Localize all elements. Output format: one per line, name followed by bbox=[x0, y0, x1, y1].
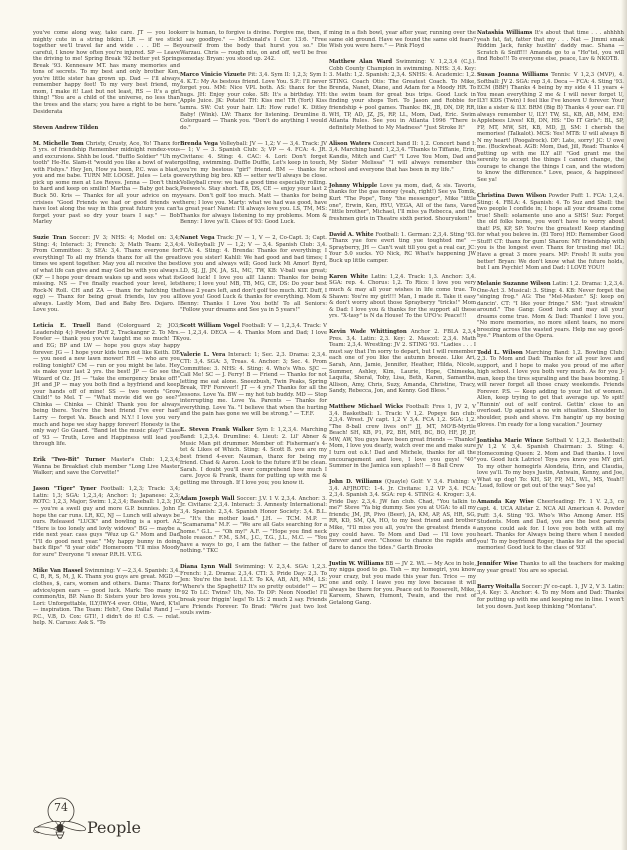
senior-message: (Quayle) Golf: V 3,4. Fishing: V 3,4. AF… bbox=[329, 479, 476, 550]
senior-message: Football: 1,2,3; Track: 3,4; Latin: 1,3;… bbox=[33, 486, 180, 557]
senior-entry: Natashia Williams It's about that time .… bbox=[477, 30, 624, 63]
senior-name: Diana Lynn Wall bbox=[180, 564, 232, 570]
senior-message: ming in a fish bowl, year after year, ru… bbox=[329, 30, 476, 49]
senior-message: Soccer: J.V. 1 V. 2,3,4. Anchor: 3. Jr. … bbox=[180, 496, 327, 554]
senior-message: Track: JV — 1, V — 2, Co-Capt. 3; Capt. … bbox=[180, 235, 327, 313]
senior-message: Interact: 1; Sec. 2,3. Drama: 2,3,4. CTI… bbox=[180, 352, 327, 417]
senior-name: Todd L. Wilson bbox=[477, 350, 523, 356]
senior-name: Jennifer Wise bbox=[477, 561, 518, 567]
text-column-3: ming in a fish bowl, year after year, ru… bbox=[329, 30, 476, 616]
senior-name: Natashia Williams bbox=[477, 30, 532, 36]
senior-message: you've come along way, take care. JT — y… bbox=[33, 30, 180, 115]
senior-entry: Melanie Suzanne Wilson Latin: 1,2. Drama… bbox=[477, 281, 624, 340]
senior-name: Valerie L. Vera bbox=[180, 352, 225, 358]
senior-entry: Jennifer Wise Thanks to all the teachers… bbox=[477, 561, 624, 574]
senior-entry: ming in a fish bowl, year after year, ru… bbox=[329, 30, 476, 50]
page-edge-shadow bbox=[621, 0, 627, 850]
senior-message: Band (Colorguard 2; JO3; Leadership 4;) … bbox=[33, 323, 180, 447]
senior-name: Leticia E. Truell bbox=[33, 323, 90, 329]
senior-entry: Scott William Vogel Football: V — 1,2,3,… bbox=[180, 323, 327, 343]
senior-name: Jason "Tiger" Tyner bbox=[33, 486, 96, 492]
senior-entry: Valerie L. Vera Interact: 1; Sec. 2,3. D… bbox=[180, 352, 327, 417]
senior-name: Adam Joseph Wall bbox=[180, 496, 235, 502]
senior-entry: Suzie Tran Soccer: JV 3; NHS: 4; Model o… bbox=[33, 235, 180, 314]
senior-entry: Nanet Vega Track: JV — 1, V — 2, Co-Capt… bbox=[180, 235, 327, 314]
senior-entry: Todd L. Wilson Marching Band: 1,2. Bowli… bbox=[477, 350, 624, 429]
senior-entry: you've come along way, take care. JT — y… bbox=[33, 30, 180, 115]
senior-message: Swimming: V —2,3,4. Spanish: 3,4. C, B, … bbox=[33, 568, 180, 626]
senior-message: err is human, to forgive is divine. Forg… bbox=[180, 30, 327, 62]
senior-name: Marco Vinicio Vizuete bbox=[180, 72, 246, 78]
senior-message: Pit: 3,4. Sym II: 1,2,3; Sym I: 4. K.T.:… bbox=[180, 72, 327, 130]
senior-entry: Karen White Latin: 1,2,4. Track: 1,3. An… bbox=[329, 274, 476, 320]
senior-name: Erik "Two-Bit" Turner bbox=[33, 457, 105, 463]
senior-entry: Jontisha Marie Wince Softball V. 1,2,3. … bbox=[477, 438, 624, 490]
senior-entry: Justin W. Williams BB — JV 2. WL — My Ac… bbox=[329, 561, 476, 607]
senior-entry: Susan Joanna Williams Tennis: V 1,2,3 (M… bbox=[477, 72, 624, 183]
senior-name: Melanie Suzanne Wilson bbox=[477, 281, 551, 287]
senior-name: John D. Williams bbox=[329, 479, 382, 485]
senior-name: Kevin Wade Whittington bbox=[329, 329, 407, 335]
senior-name: Alison Waters bbox=[329, 141, 371, 147]
senior-entry: Christina Dawn Wilson Powder Puff: 1. FC… bbox=[477, 193, 624, 272]
senior-message: Football: Fres 1, JV 2, V 3,4. Basketbal… bbox=[329, 404, 476, 469]
senior-entry: David A. White Football: 1. German: 2,3,… bbox=[329, 232, 476, 265]
senior-message: Cheerleading: Fr. 1 V. 2,3, co capt. 4. … bbox=[477, 499, 624, 551]
page-footer: 74 People bbox=[25, 797, 225, 847]
senior-message: Volleyball: JV — 1,2; V — 3,4. Track: JV… bbox=[180, 141, 327, 226]
senior-message: Powder Puff: 1. FCA: 1,2,4. Sting: 4. FB… bbox=[477, 193, 624, 271]
senior-name: Susan Joanna Williams bbox=[477, 72, 548, 78]
senior-name: Jontisha Marie Wince bbox=[477, 438, 543, 444]
senior-message: Tennis: V 1,2,3 (MVP), 4. Softball: JV 2… bbox=[477, 72, 624, 183]
senior-entry: Adam Joseph Wall Soccer: J.V. 1 V. 2,3,4… bbox=[180, 496, 327, 555]
senior-entry: Marco Vinicio Vizuete Pit: 3,4. Sym II: … bbox=[180, 72, 327, 131]
senior-message: Swimming: V. 2,3,4. SGA: 1,2,3. French: … bbox=[180, 564, 327, 616]
senior-message: Christy, Crusty, Ace, Yo! Thanx for 5 yr… bbox=[33, 141, 180, 226]
senior-name: Barry Woitalla bbox=[477, 584, 520, 590]
senior-message: Latin: 1,2. Drama: 1,2,3,4. One-Act 3. M… bbox=[477, 281, 624, 339]
senior-message: Softball V. 1,2,3. Basketball: JV 1,2 V.… bbox=[477, 438, 624, 490]
senior-entry: Mike Van Hassel Swimming: V —2,3,4. Span… bbox=[33, 568, 180, 627]
senior-name: Karen White bbox=[329, 274, 368, 280]
senior-entry: Steven Andrew Tilden bbox=[33, 125, 180, 132]
senior-name: M. Michelle Tom bbox=[33, 141, 84, 147]
senior-name: Matthew Michael Wicks bbox=[329, 404, 403, 410]
senior-name: Nanet Vega bbox=[180, 235, 215, 241]
text-column-4: Natashia Williams It's about that time .… bbox=[477, 30, 624, 620]
page-number: 74 bbox=[46, 801, 76, 814]
senior-entry: Barry Woitalla Soccer: JV co-capt. 1, JV… bbox=[477, 584, 624, 610]
senior-name: Christina Dawn Wilson bbox=[477, 193, 546, 199]
section-title: People bbox=[87, 818, 141, 837]
senior-entry: Diana Lynn Wall Swimming: V. 2,3,4. SGA:… bbox=[180, 564, 327, 616]
senior-entry: E. Steven Frank Walker Sym I: 1,2,3,4. M… bbox=[180, 427, 327, 486]
senior-entry: Erik "Two-Bit" Turner Master's Club: 1,2… bbox=[33, 457, 180, 477]
senior-entry: Amanda Kay Wise Cheerleading: Fr. 1 V. 2… bbox=[477, 499, 624, 551]
senior-entry: err is human, to forgive is divine. Forg… bbox=[180, 30, 327, 63]
senior-name: Brenda Vega bbox=[180, 141, 218, 147]
senior-message: Anchor 2. FBLA 2,3,4 Pres. 3,4. Latin: 2… bbox=[329, 329, 476, 394]
text-column-2: err is human, to forgive is divine. Forg… bbox=[180, 30, 327, 626]
senior-message: Latin: 1,2,4. Track: 1,3. Anchor: 3,4. S… bbox=[329, 274, 476, 319]
senior-entry: Matthew Alan Ward Swimming: V. 1,2,3,4 (… bbox=[329, 59, 476, 131]
senior-name: Mike Van Hassel bbox=[33, 568, 83, 574]
senior-name: Suzie Tran bbox=[33, 235, 66, 241]
senior-entry: Jason "Tiger" Tyner Football: 1,2,3; Tra… bbox=[33, 486, 180, 558]
yearbook-page: you've come along way, take care. JT — y… bbox=[0, 0, 627, 850]
senior-entry: Brenda Vega Volleyball: JV — 1,2; V — 3,… bbox=[180, 141, 327, 226]
senior-entry: Kevin Wade Whittington Anchor 2. FBLA 2,… bbox=[329, 329, 476, 394]
senior-name: Scott William Vogel bbox=[180, 323, 240, 329]
senior-entry: M. Michelle Tom Christy, Crusty, Ace, Yo… bbox=[33, 141, 180, 226]
senior-name: Matthew Alan Ward bbox=[329, 59, 392, 65]
senior-name: Justin W. Williams bbox=[329, 561, 384, 567]
senior-entry: John D. Williams (Quayle) Golf: V 3,4. F… bbox=[329, 479, 476, 551]
senior-entry: Johnny Whipple Love ya mom, dad, & sis. … bbox=[329, 183, 476, 222]
senior-message: Soccer: JV 3; NHS: 4; Model on: 3,4; Sti… bbox=[33, 235, 180, 313]
senior-name: Johnny Whipple bbox=[329, 183, 377, 189]
senior-message: Sym I: 1,2,3,4. Marching Band: 1,2,3,4. … bbox=[180, 427, 327, 485]
senior-name: Steven Andrew Tilden bbox=[33, 125, 98, 131]
senior-entry: Alison Waters Concert band II: 1,2. Conc… bbox=[329, 141, 476, 174]
senior-message: Marching Band: 1,2. Bowling Club: 2,3. T… bbox=[477, 350, 624, 428]
senior-message: Swimming: V. 1,2,3,4 (C.J.). Cobb County… bbox=[329, 59, 476, 130]
senior-message: BB — JV 2. WL — My Ace in hole, my nigga… bbox=[329, 561, 476, 606]
senior-entry: Matthew Michael Wicks Football: Fres 1, … bbox=[329, 404, 476, 469]
senior-entry: Leticia E. Truell Band (Colorguard 2; JO… bbox=[33, 323, 180, 447]
senior-name: David A. White bbox=[329, 232, 374, 238]
senior-message: Love ya mom, dad, & sis. Tavoris, thanks… bbox=[329, 183, 476, 222]
text-column-1: you've come along way, take care. JT — y… bbox=[33, 30, 180, 636]
senior-name: Amanda Kay Wise bbox=[477, 499, 534, 505]
senior-name: E. Steven Frank Walker bbox=[180, 427, 253, 433]
